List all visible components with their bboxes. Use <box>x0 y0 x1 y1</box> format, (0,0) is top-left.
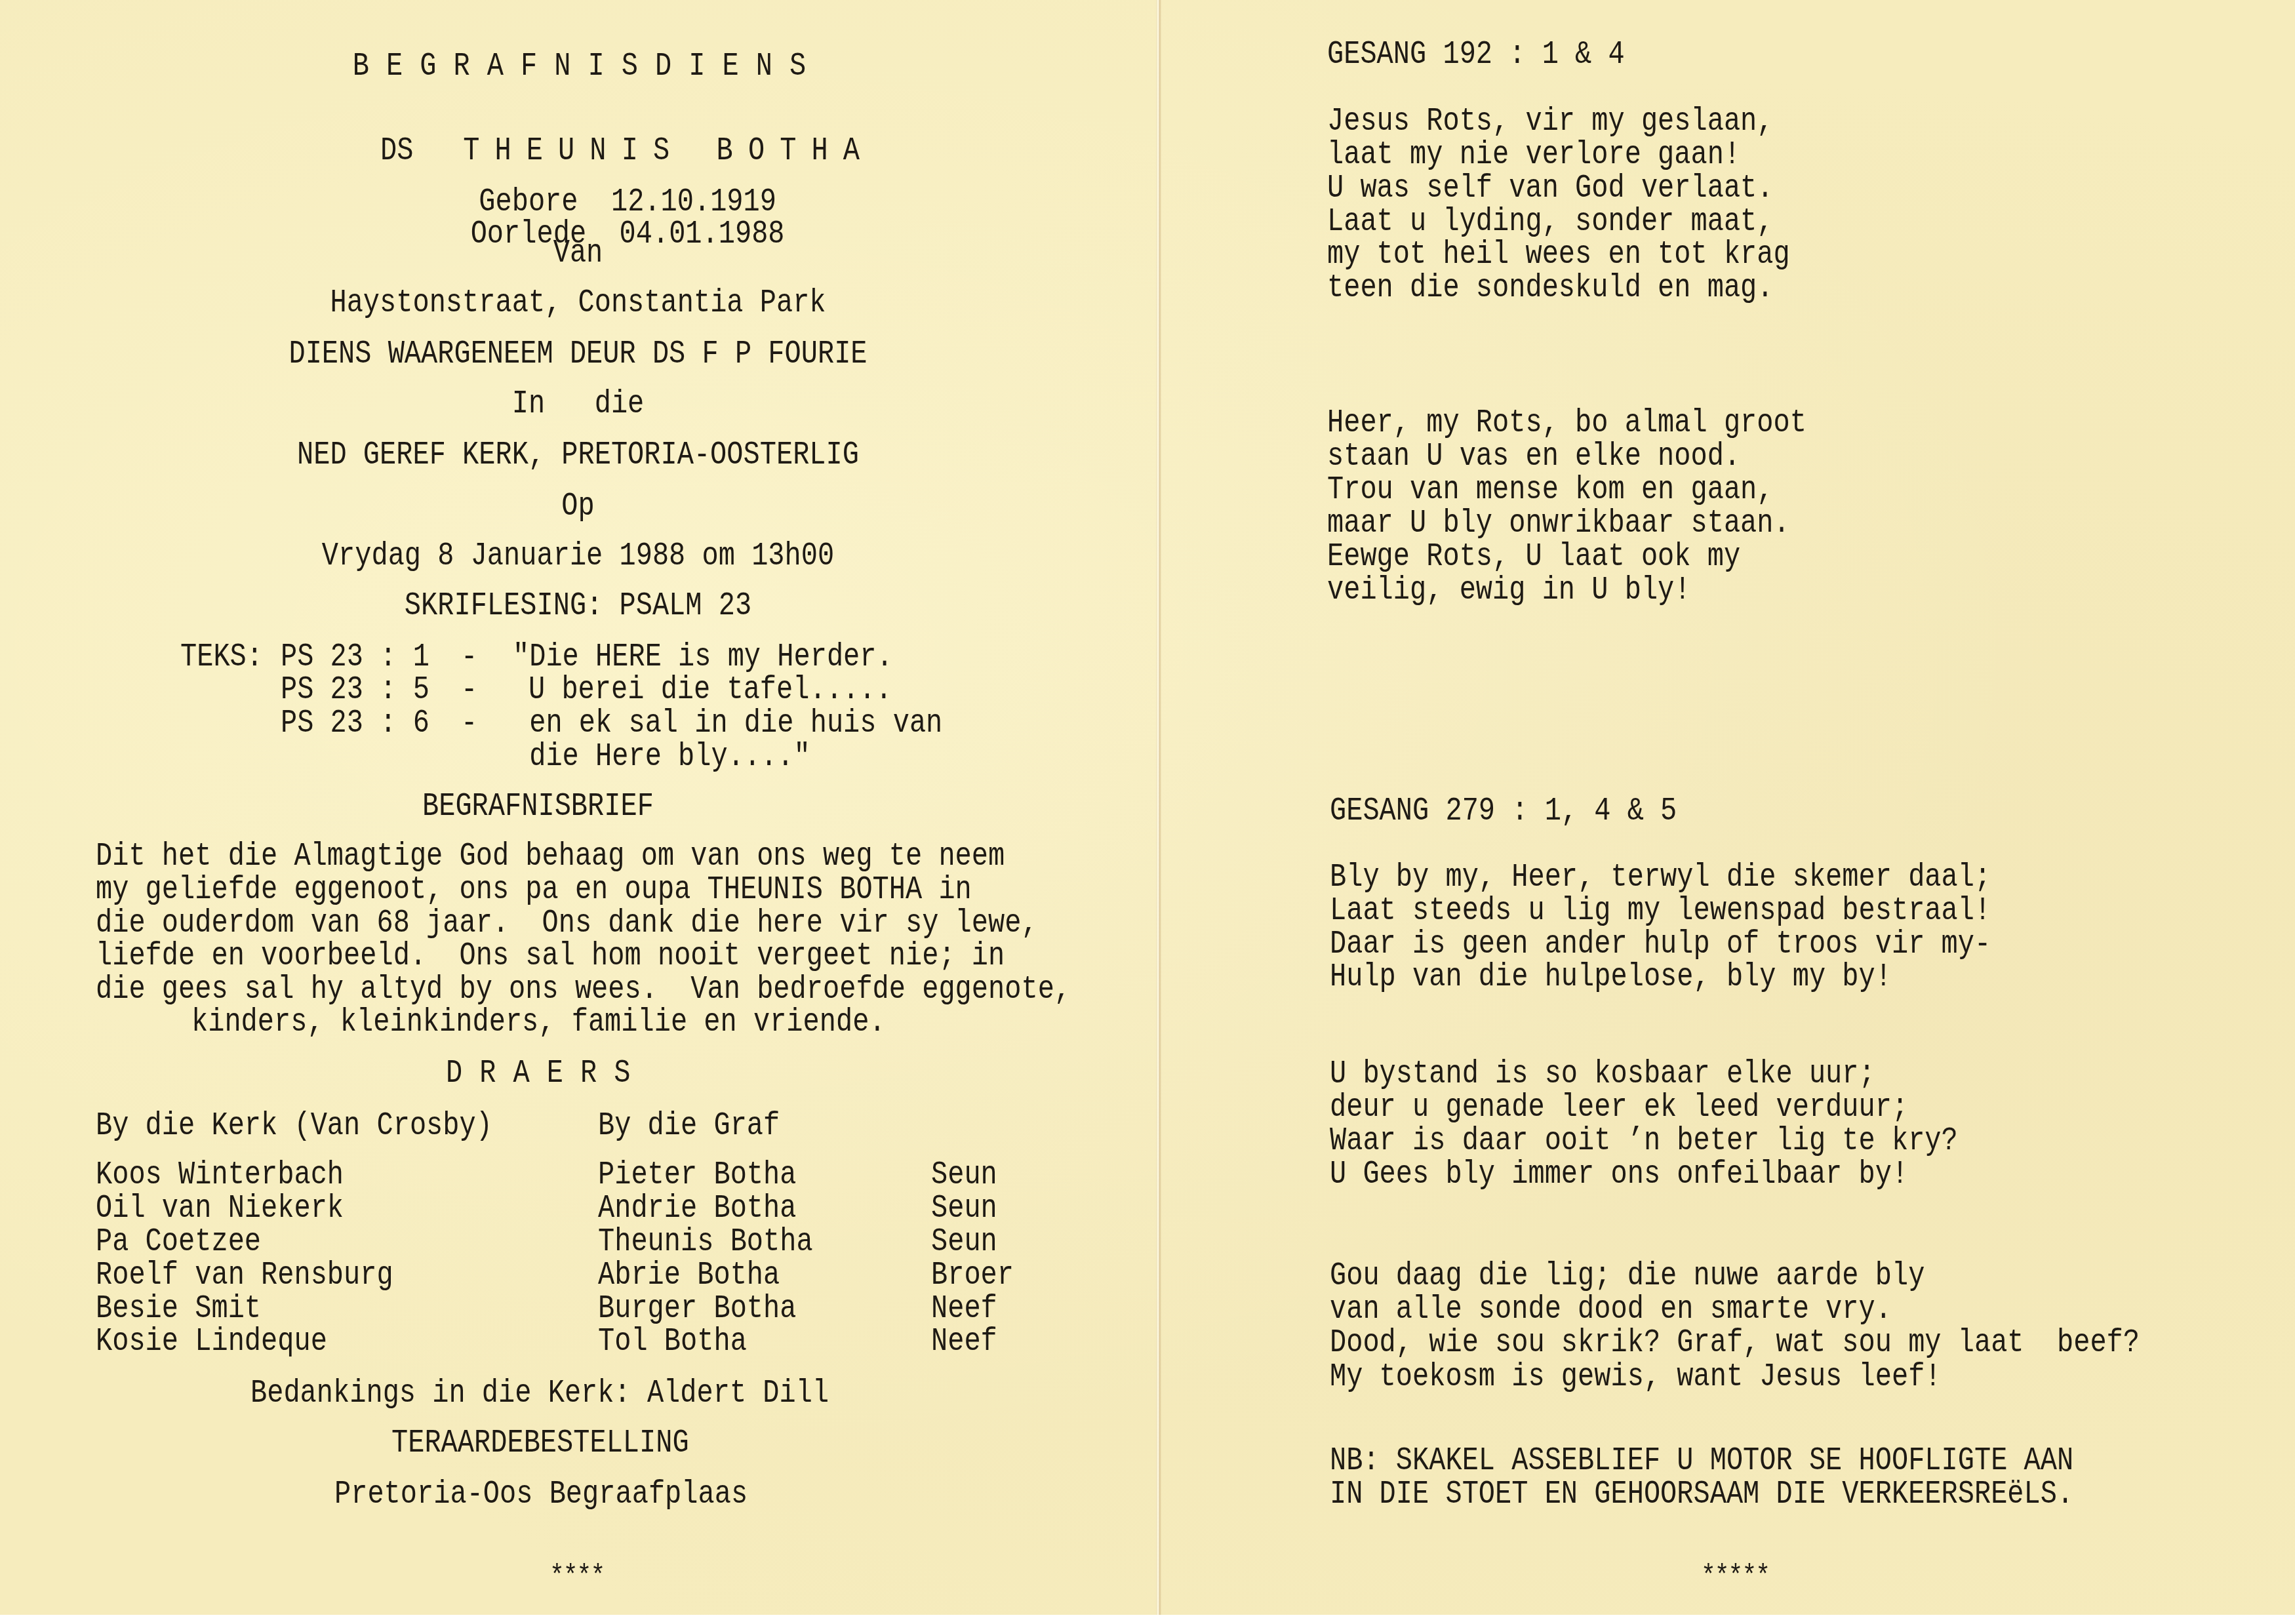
center-fold <box>1156 0 1161 1615</box>
address: Haystonstraat, Constantia Park <box>0 284 1156 323</box>
burial-heading: TERAARDEBESTELLING <box>391 1424 689 1463</box>
bearer-grave-name: Tol Botha <box>598 1322 747 1361</box>
bearer-grave-relation: Neef <box>931 1322 997 1361</box>
bearers-church-heading: By die Kerk (Van Crosby) <box>96 1107 492 1145</box>
verse-line: veilig, ewig in U bly! <box>1327 571 1691 610</box>
verse-line: My toekosm is gewis, want Jesus leef! <box>1330 1358 1942 1396</box>
hymn-2-title: GESANG 279 : 1, 4 & 5 <box>1330 792 1677 831</box>
text-quote: die Here bly...." <box>513 738 810 776</box>
scripture-reading: SKRIFLESING: PSALM 23 <box>0 587 1156 625</box>
letter-heading: BEGRAFNISBRIEF <box>422 787 654 826</box>
cemetery: Pretoria-Oos Begraafplaas <box>334 1475 748 1514</box>
bearers-grave-heading: By die Graf <box>598 1107 780 1145</box>
from-label: Van <box>0 234 1156 273</box>
officiant: DIENS WAARGENEEM DEUR DS F P FOURIE <box>0 335 1156 374</box>
end-mark: **** <box>549 1558 604 1596</box>
bearer-church: Kosie Lindeque <box>96 1322 327 1361</box>
verse-line: U Gees bly immer ons onfeilbaar by! <box>1330 1155 1908 1194</box>
text-dash: - <box>461 704 477 743</box>
left-page: BEGRAFNISDIENS DS THEUNIS BOTHA Gebore 1… <box>0 0 1156 1615</box>
texts-label: TEKS: <box>180 638 263 677</box>
notice-line: IN DIE STOET EN GEHOORSAAM DIE VERKEERSR… <box>1330 1475 2073 1514</box>
letter-line: kinders, kleinkinders, familie en vriend… <box>191 1003 886 1042</box>
hymn-1-title: GESANG 192 : 1 & 4 <box>1327 35 1625 74</box>
service-datetime: Vrydag 8 Januarie 1988 om 13h00 <box>0 537 1156 576</box>
service-title: BEGRAFNISDIENS <box>0 47 1156 86</box>
verse-line: teen die sondeskuld en mag. <box>1327 269 1774 307</box>
text-ref: PS 23 : 6 <box>281 704 429 743</box>
church-name: NED GEREF KERK, PRETORIA-OOSTERLIG <box>0 436 1156 475</box>
right-page: GESANG 192 : 1 & 4 Jesus Rots, vir my ge… <box>1161 0 2295 1615</box>
thanks-line: Bedankings in die Kerk: Aldert Dill <box>250 1374 829 1413</box>
in-label: In die <box>0 385 1156 424</box>
end-mark: ***** <box>1701 1558 1769 1596</box>
verse-line: Hulp van die hulpelose, bly my by! <box>1330 958 1892 997</box>
funeral-programme-sheet: BEGRAFNISDIENS DS THEUNIS BOTHA Gebore 1… <box>0 0 2295 1615</box>
verse-line: Dood, wie sou skrik? Graf, wat sou my la… <box>1330 1324 2140 1362</box>
on-label: Op <box>0 487 1156 526</box>
bearers-heading: DRAERS <box>446 1054 647 1093</box>
